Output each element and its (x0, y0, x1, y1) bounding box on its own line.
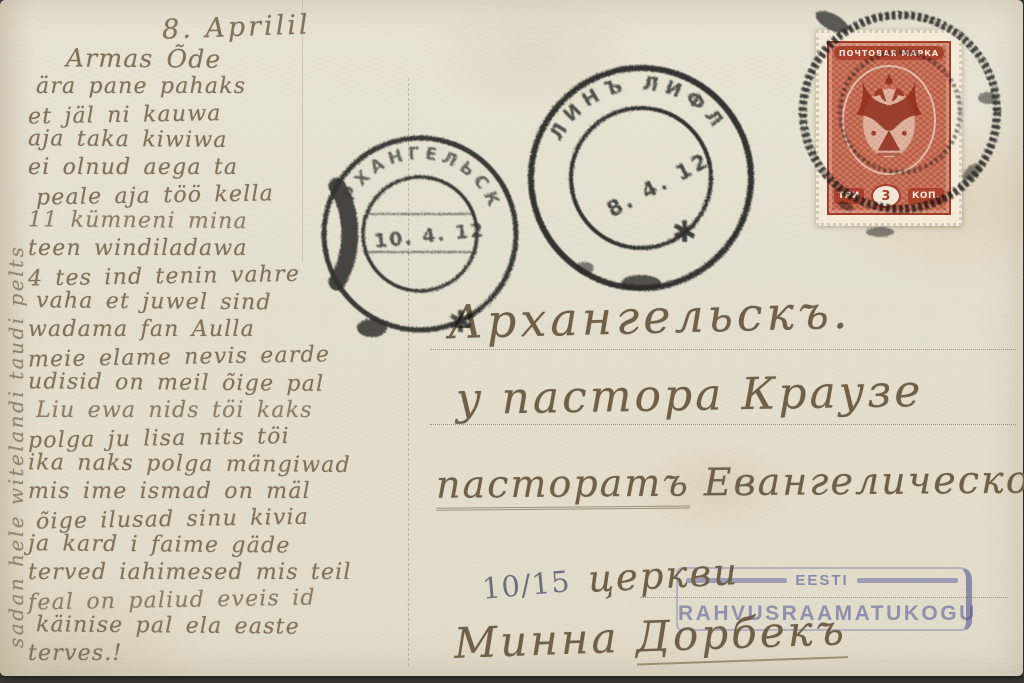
address-word-evangelical: Евангелическо (689, 458, 1024, 505)
postmark-city-text: ЛИНЪ ЛИФЛ (545, 72, 730, 144)
message-line: wadama fan Aulla (28, 316, 432, 343)
address-church-word: церкви (587, 550, 740, 601)
postcard-back: 8. Aprilil Armas Õde ära pane pahaks et … (0, 0, 1023, 676)
address-city: Архангельскъ. (447, 285, 852, 350)
fellin-postmark: ЛИНЪ ЛИФЛ 8. 4. 12 ✱ (531, 68, 751, 291)
message-text: Armas Õde ära pane pahaks et jäl ni kauw… (20, 46, 432, 667)
addressee-given-name: Минна (453, 613, 620, 668)
cancel-star-icon: ✱ (672, 215, 697, 250)
pencil-note: 10/15 (481, 564, 572, 606)
margin-note-vertical: sadan hele witelandi taudi pelts (4, 28, 28, 648)
address-line-3: пасторатъ Евангелической (436, 457, 1024, 506)
address-rule-3 (640, 597, 1008, 598)
svg-text:ЛИНЪ ЛИФЛ: ЛИНЪ ЛИФЛ (545, 72, 730, 144)
message-line: terved iahimesed mis teil (28, 559, 432, 586)
address-rule-2 (430, 424, 1016, 425)
message-line: 11 kümneni mina (28, 206, 432, 237)
stamp-value-band: ТРИ 3 КОП. (834, 184, 944, 208)
double-eagle-icon (853, 74, 925, 166)
address-line-2: у пастора Краузе (456, 366, 924, 425)
postmark-date: 8. 4. 12 (603, 148, 714, 222)
addressee-name: Минна Дорбекъ (453, 605, 847, 668)
address-word-pastorat: пасторатъ (436, 460, 690, 510)
stamp-engraving: ПОЧТОВАЯ МАРКА (827, 41, 951, 215)
message-line: ika naks polga mängiwad (28, 449, 432, 480)
message-line: mis ime ismad on mäl (28, 478, 432, 505)
handwritten-date: 8. Aprilil (162, 9, 312, 45)
message-line: käinise pal ela easte (36, 611, 432, 641)
message-line: terves.! (28, 640, 432, 667)
stamp-value-word-right: КОП. (908, 188, 944, 204)
addressee-surname: Дорбекъ (635, 605, 848, 665)
stamp-title: ПОЧТОВАЯ МАРКА (834, 46, 944, 60)
library-stamp-bar-right (857, 578, 958, 583)
scanned-postcard-image: 8. Aprilil Armas Õde ära pane pahaks et … (0, 0, 1024, 683)
message-line: udisid on meil õige pal (28, 368, 432, 399)
address-rule-1 (430, 349, 1016, 350)
message-line: ja kard i faime gäde (28, 530, 432, 561)
message-line: ära pane pahaks (36, 73, 432, 100)
message-line: teen windiladawa (28, 235, 432, 262)
message-line: Armas Õde (66, 44, 432, 74)
stamp-value-word-left: ТРИ (834, 188, 864, 204)
stamp-value-digit: 3 (881, 189, 890, 204)
message-line: Liu ewa nids töi kaks (36, 397, 432, 424)
stamp-center-oval (842, 65, 936, 175)
postage-stamp: ПОЧТОВАЯ МАРКА (816, 30, 962, 226)
message-line: vaha et juwel sind (36, 287, 432, 317)
message-line: ei olnud aega ta (28, 154, 432, 181)
library-stamp-country: EESTI (795, 572, 848, 589)
message-line: aja taka kiwiwa (28, 125, 432, 156)
